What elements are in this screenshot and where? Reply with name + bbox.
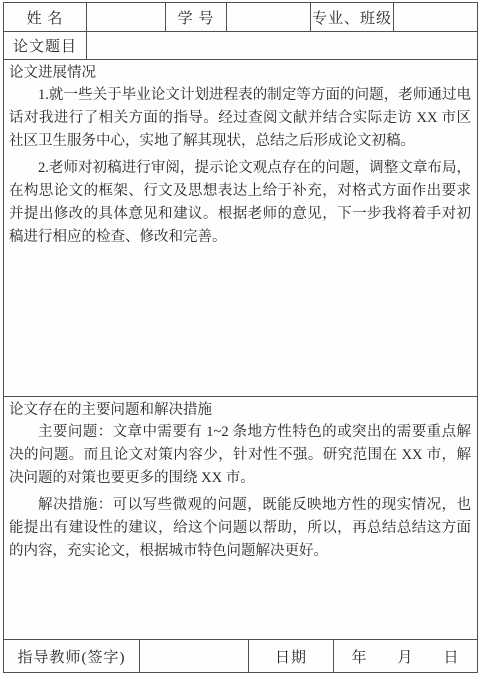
year-month-day: 年 月 日 bbox=[334, 646, 477, 667]
progress-section-label: 论文进展情况 bbox=[4, 60, 477, 84]
major-class-label: 专业、班级 bbox=[311, 3, 394, 31]
form-page: 姓 名 学 号 专业、班级 论文题目 论文进展情况 1.就一些关于毕业论文计划进… bbox=[0, 0, 479, 673]
name-field[interactable] bbox=[87, 3, 166, 31]
day-label: 日 bbox=[444, 646, 460, 667]
advisor-signature-field[interactable] bbox=[140, 640, 249, 672]
progress-row: 论文进展情况 1.就一些关于毕业论文计划进程表的制定等方面的问题，老师通过电话对… bbox=[4, 60, 477, 397]
problems-section: 论文存在的主要问题和解决措施 主要问题：文章中需要有 1~2 条地方性特色的或突… bbox=[4, 397, 477, 639]
problems-section-label: 论文存在的主要问题和解决措施 bbox=[4, 397, 477, 421]
major-class-field[interactable] bbox=[394, 3, 477, 31]
thesis-title-label: 论文题目 bbox=[4, 32, 87, 59]
month-label: 月 bbox=[397, 646, 413, 667]
progress-section: 论文进展情况 1.就一些关于毕业论文计划进程表的制定等方面的问题，老师通过电话对… bbox=[4, 60, 477, 396]
thesis-title-row: 论文题目 bbox=[4, 32, 477, 60]
problems-paragraph: 解决措施：可以写些微观的问题，既能反映地方性的现实情况，也能提出有建设性的建议，… bbox=[4, 494, 477, 563]
progress-paragraph: 2.老师对初稿进行审阅，提示论文观点存在的问题，调整文章布局，在构思论文的框架、… bbox=[4, 157, 477, 249]
student-id-label: 学 号 bbox=[166, 3, 227, 31]
problems-row: 论文存在的主要问题和解决措施 主要问题：文章中需要有 1~2 条地方性特色的或突… bbox=[4, 397, 477, 640]
name-label: 姓 名 bbox=[4, 3, 87, 31]
progress-paragraph: 1.就一些关于毕业论文计划进程表的制定等方面的问题，老师通过电话对我进行了相关方… bbox=[4, 84, 477, 153]
year-label: 年 bbox=[351, 646, 367, 667]
form-table: 姓 名 学 号 专业、班级 论文题目 论文进展情况 1.就一些关于毕业论文计划进… bbox=[3, 2, 478, 673]
advisor-signature-label: 指导教师(签字) bbox=[4, 640, 140, 672]
date-label: 日期 bbox=[249, 640, 334, 672]
date-field[interactable]: 年 月 日 bbox=[334, 640, 477, 672]
footer-row: 指导教师(签字) 日期 年 月 日 bbox=[4, 640, 477, 672]
problems-paragraph: 主要问题：文章中需要有 1~2 条地方性特色的或突出的需要重点解决的问题。而且论… bbox=[4, 421, 477, 490]
header-row: 姓 名 学 号 专业、班级 bbox=[4, 3, 477, 32]
student-id-field[interactable] bbox=[227, 3, 311, 31]
thesis-title-field[interactable] bbox=[87, 32, 477, 59]
